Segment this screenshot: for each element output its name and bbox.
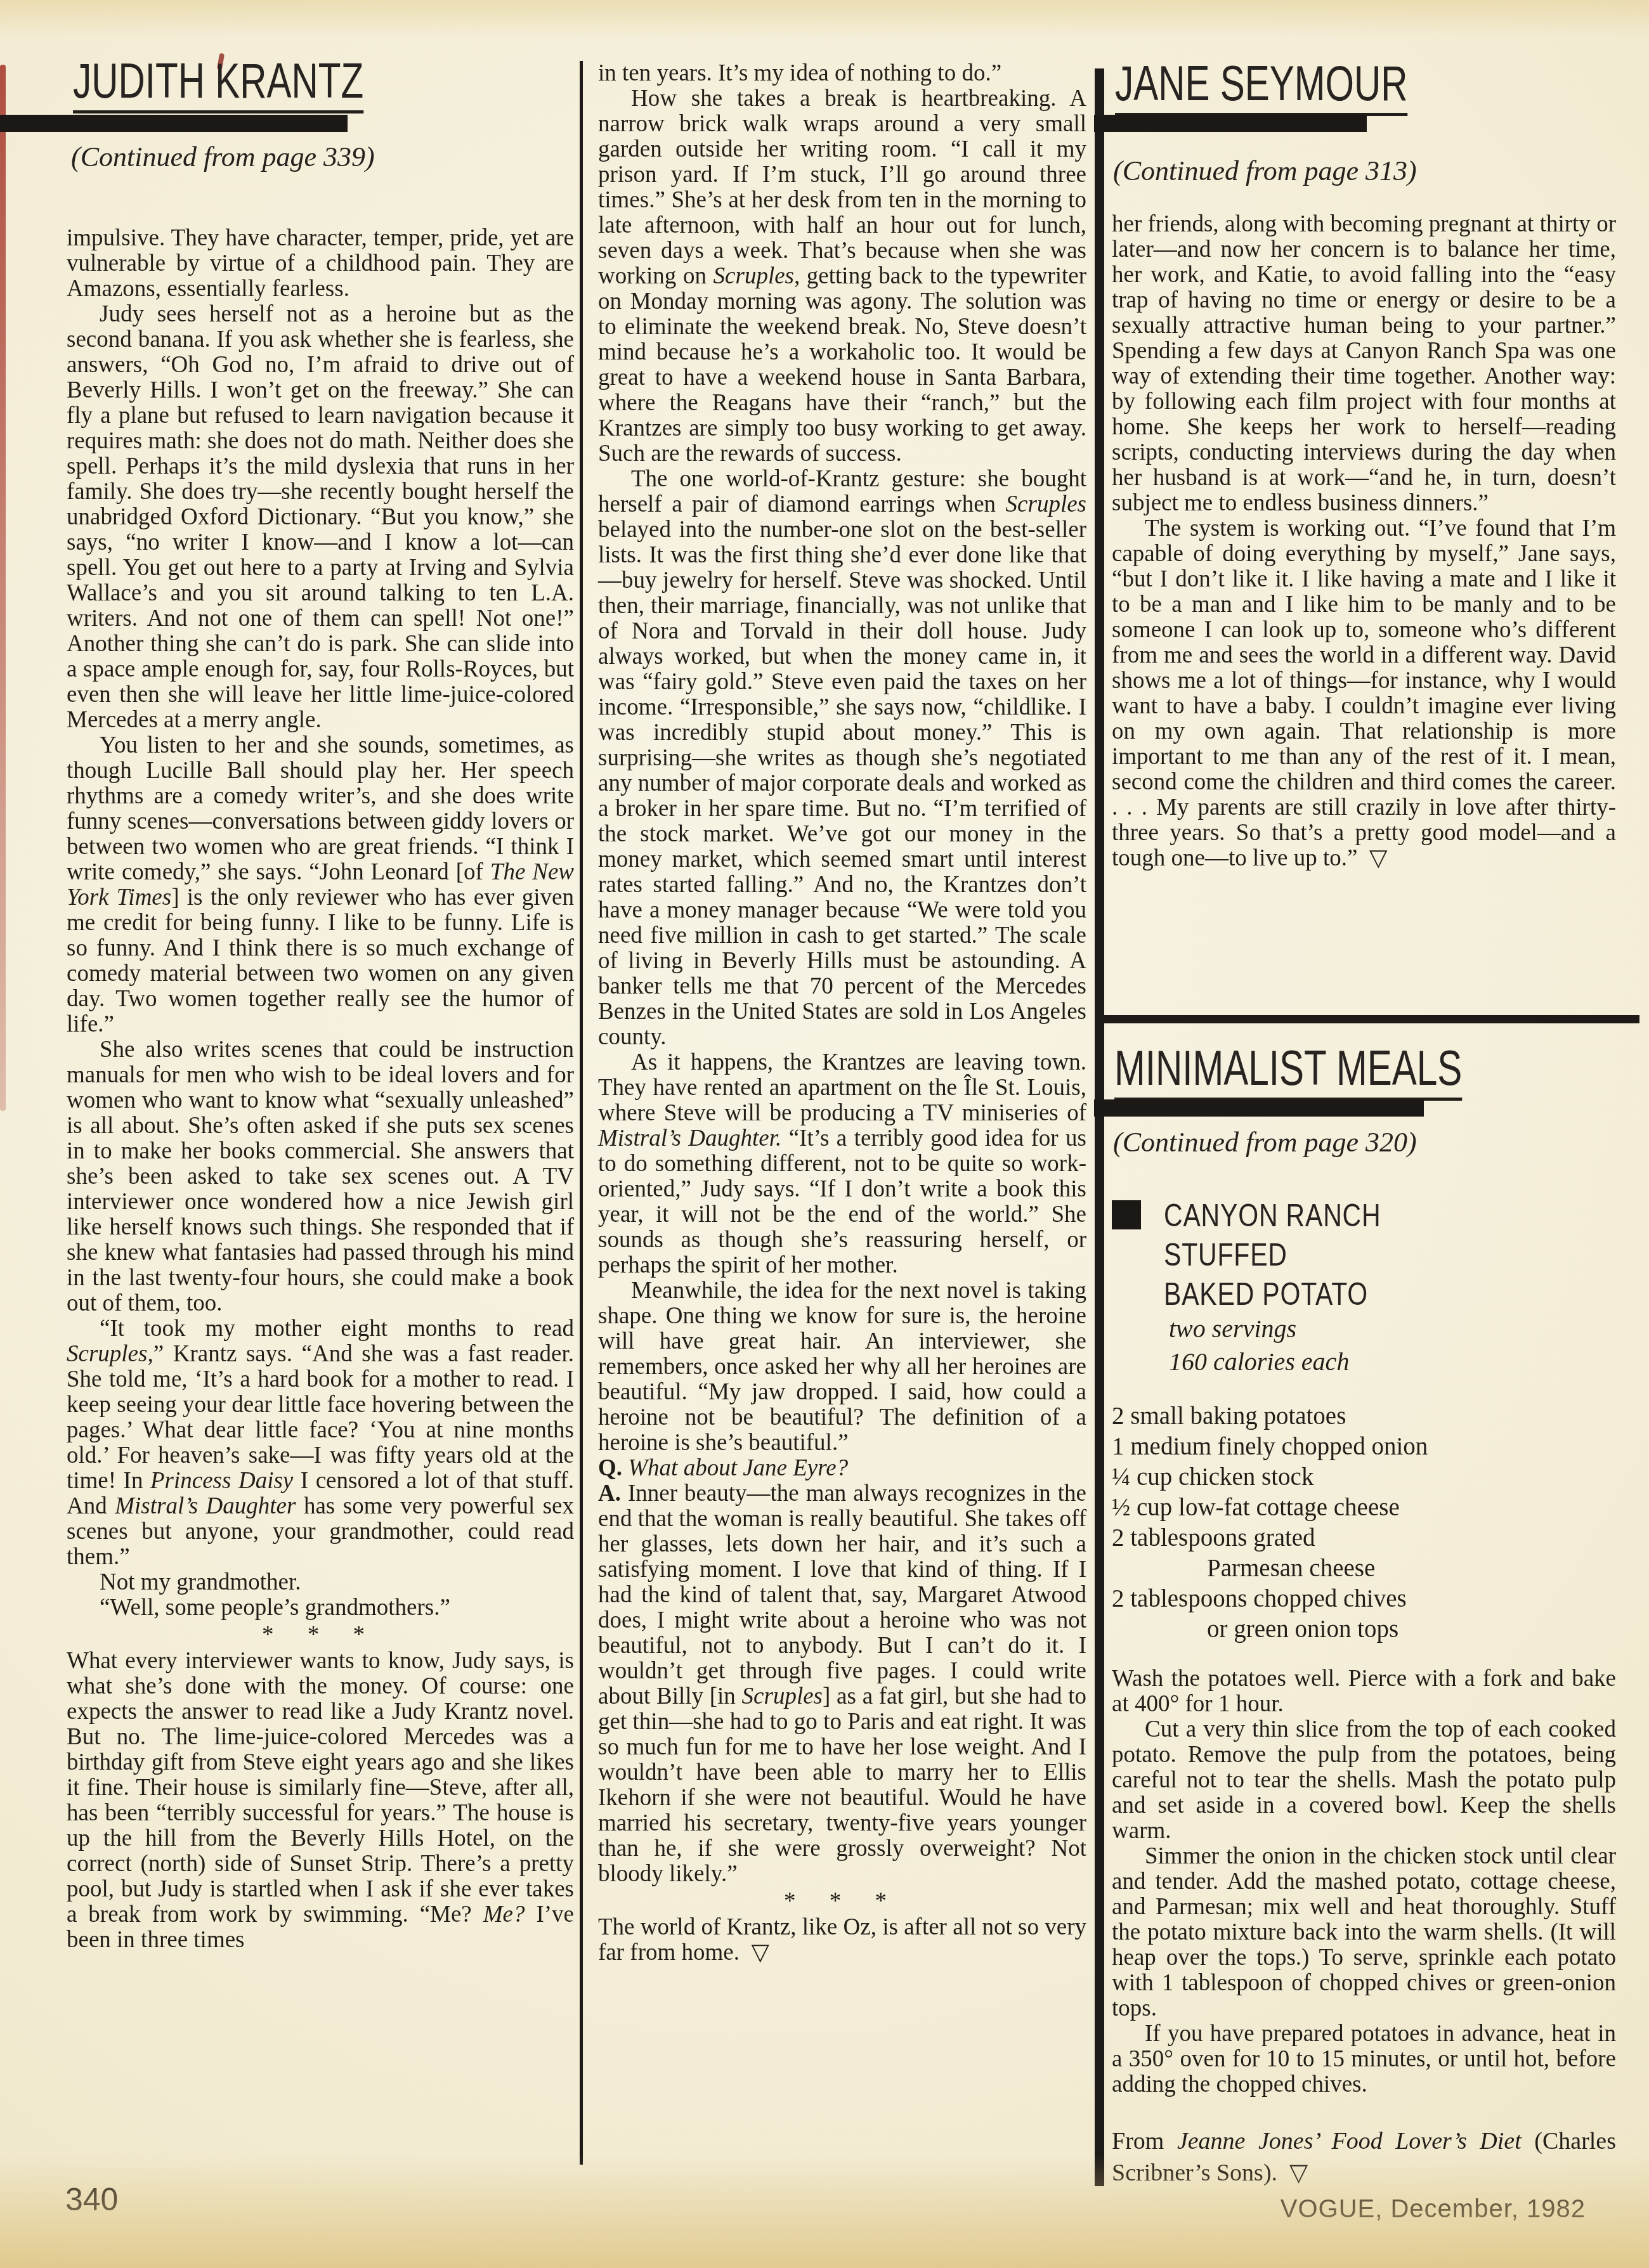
ingredient-item: ½ cup low-fat cottage cheese xyxy=(1112,1493,1616,1523)
recipe-title: CANYON RANCH STUFFED BAKED POTATO xyxy=(1164,1196,1381,1314)
text-run: What about Jane Eyre? xyxy=(628,1455,848,1481)
paragraph: You listen to her and she sounds, someti… xyxy=(67,733,574,1037)
paragraph: The system is working out. “I’ve found t… xyxy=(1112,516,1616,871)
scan-shading-top xyxy=(0,0,1649,38)
paragraph: Q. What about Jane Eyre? xyxy=(598,1456,1086,1481)
paragraph: The one world-of-Krantz gesture: she bou… xyxy=(598,467,1086,1050)
ingredient-item-continuation: Parmesan cheese xyxy=(1112,1553,1616,1584)
text-run: Scruples xyxy=(742,1683,823,1709)
paragraph: The world of Krantz, like Oz, is after a… xyxy=(598,1915,1086,1966)
ingredient-item: 2 tablespoons grated xyxy=(1112,1523,1616,1553)
text-run: Me? xyxy=(483,1902,525,1928)
asterisk-separator: * * * xyxy=(598,1889,1086,1914)
meals-section-rule xyxy=(1104,1015,1639,1023)
asterisk-separator: * * * xyxy=(67,1623,574,1648)
ingredient-item: ¼ cup chicken stock xyxy=(1112,1462,1616,1493)
meals-section-title: MINIMALIST MEALS xyxy=(1114,1043,1462,1101)
recipe-calories: 160 calories each xyxy=(1169,1345,1349,1378)
paragraph: “It took my mother eight months to read … xyxy=(67,1316,574,1570)
text-run: Scruples, xyxy=(714,263,800,289)
paragraph: A. Inner beauty—the man always recognize… xyxy=(598,1481,1086,1887)
text-run: Scruples xyxy=(1006,491,1086,517)
paragraph: If you have prepared potatoes in advance… xyxy=(1112,2021,1616,2097)
scan-red-edge-mark xyxy=(0,65,6,1111)
paragraph: As it happens, the Krantzes are leaving … xyxy=(598,1050,1086,1278)
paragraph: What every interviewer wants to know, Ju… xyxy=(67,1649,574,1953)
recipe-directions: Wash the potatoes well. Pierce with a fo… xyxy=(1112,1666,1616,2097)
text-run: The New York Times xyxy=(67,859,574,910)
seymour-article-title: JANE SEYMOUR xyxy=(1115,58,1408,116)
krantz-continued-line: (Continued from page 339) xyxy=(71,142,375,172)
text-run: Mistral’s Daughter xyxy=(115,1493,296,1519)
paragraph: Not my grandmother. xyxy=(67,1570,574,1595)
krantz-column-1: impulsive. They have character, temper, … xyxy=(67,226,574,1953)
paragraph: Judy sees herself not as a heroine but a… xyxy=(67,302,574,733)
ingredient-list: 2 small baking potatoes1 medium finely c… xyxy=(1112,1401,1616,1645)
paragraph: her friends, along with becoming pregnan… xyxy=(1112,212,1616,516)
paragraph: She also writes scenes that could be ins… xyxy=(67,1037,574,1316)
ingredient-item: 2 small baking potatoes xyxy=(1112,1401,1616,1432)
black-square-bullet xyxy=(1112,1200,1141,1229)
paragraph: Wash the potatoes well. Pierce with a fo… xyxy=(1112,1666,1616,1717)
paragraph: in ten years. It’s my idea of nothing to… xyxy=(598,61,1086,86)
seymour-continued-line: (Continued from page 313) xyxy=(1113,156,1417,186)
text-run: Scruples, xyxy=(67,1341,153,1367)
recipe-servings: two servings xyxy=(1169,1312,1349,1345)
scan-shading-bottom xyxy=(0,2154,1649,2268)
paragraph: impulsive. They have character, temper, … xyxy=(67,226,574,302)
paragraph: Simmer the onion in the chicken stock un… xyxy=(1112,1844,1616,2021)
text-run: Mistral’s Daughter. xyxy=(598,1125,781,1151)
seymour-title-bar xyxy=(1094,115,1367,132)
paragraph: How she takes a break is heartbreaking. … xyxy=(598,86,1086,467)
paragraph: Meanwhile, the idea for the next novel i… xyxy=(598,1278,1086,1456)
meals-title-bar xyxy=(1094,1099,1424,1117)
recipe-yield: two servings 160 calories each xyxy=(1169,1312,1349,1378)
seymour-column: her friends, along with becoming pregnan… xyxy=(1112,212,1616,871)
text-run: Jeanne Jones’ Food Lover’s Diet xyxy=(1177,2128,1522,2155)
column-divider-thin xyxy=(580,61,583,2165)
ingredient-item: 1 medium finely chopped onion xyxy=(1112,1432,1616,1462)
ingredient-item-continuation: or green onion tops xyxy=(1112,1614,1616,1645)
krantz-article-title: JUDITH KRANTZ xyxy=(73,56,363,113)
column-divider-thick xyxy=(1095,68,1104,2186)
paragraph: “Well, some people’s grandmothers.” xyxy=(67,1595,574,1621)
krantz-title-bar xyxy=(0,115,348,132)
text-run: A. xyxy=(598,1481,628,1507)
text-run: Q. xyxy=(598,1455,628,1481)
meals-continued-line: (Continued from page 320) xyxy=(1113,1127,1417,1158)
magazine-page: { "colors":{"ink":"#211e18","paper":"#f4… xyxy=(0,0,1649,2268)
ingredient-item: 2 tablespoons chopped chives xyxy=(1112,1584,1616,1614)
paragraph: Cut a very thin slice from the top of ea… xyxy=(1112,1717,1616,1844)
krantz-column-2: in ten years. It’s my idea of nothing to… xyxy=(598,61,1086,1966)
text-run: Princess Daisy xyxy=(150,1468,293,1494)
